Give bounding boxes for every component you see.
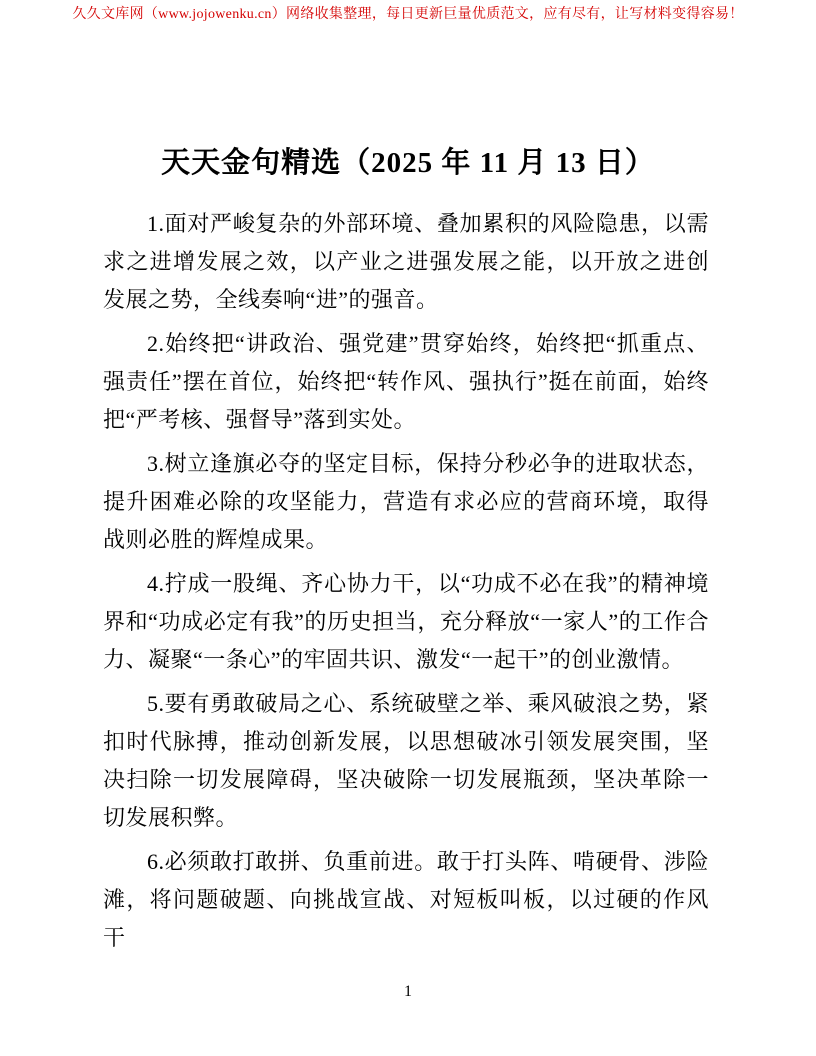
watermark-header: 久久文库网（www.jojowenku.cn）网络收集整理，每日更新巨量优质范文… [0, 5, 816, 24]
page-number: 1 [0, 983, 816, 1001]
paragraph: 2.始终把“讲政治、强党建”贯穿始终，始终把“抓重点、强责任”摆在首位，始终把“… [103, 325, 709, 439]
paragraph: 5.要有勇敢破局之心、系统破壁之举、乘风破浪之势，紧扣时代脉搏，推动创新发展，以… [103, 685, 709, 837]
document-page: 久久文库网（www.jojowenku.cn）网络收集整理，每日更新巨量优质范文… [0, 0, 816, 1056]
paragraph: 6.必须敢打敢拼、负重前进。敢于打头阵、啃硬骨、涉险滩，将问题破题、向挑战宣战、… [103, 843, 709, 957]
document-body: 1.面对严峻复杂的外部环境、叠加累积的风险隐患，以需求之进增发展之效，以产业之进… [103, 205, 709, 963]
paragraph: 3.树立逢旗必夺的坚定目标，保持分秒必争的进取状态，提升困难必除的攻坚能力，营造… [103, 445, 709, 559]
paragraph: 4.拧成一股绳、齐心协力干，以“功成不必在我”的精神境界和“功成必定有我”的历史… [103, 565, 709, 679]
paragraph: 1.面对严峻复杂的外部环境、叠加累积的风险隐患，以需求之进增发展之效，以产业之进… [103, 205, 709, 319]
document-title: 天天金句精选（2025 年 11 月 13 日） [0, 143, 816, 183]
